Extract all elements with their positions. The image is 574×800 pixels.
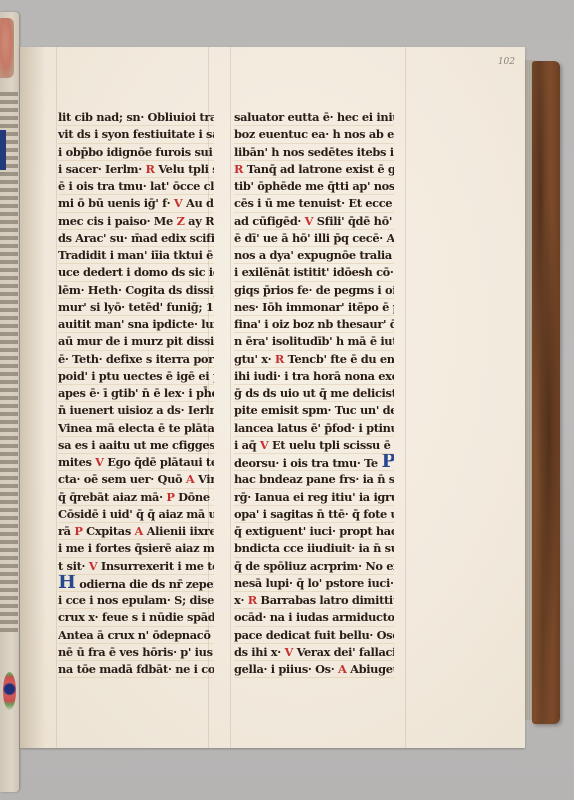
text-line: i exilēnāt istitit' idōesh cō·dlō (234, 264, 394, 281)
text-line: vit ds i syon festiuitate i sabb; (58, 126, 214, 143)
text-line: nes· Iōh immonar' itēpo ē pac (234, 299, 394, 316)
manuscript-folio: 102 lit cib nad; sn· Obliuioi tradivit d… (20, 47, 525, 748)
rubric-letter: V (95, 455, 104, 469)
text-line: uce dedert i domo ds sic idie so· (58, 264, 214, 281)
rubric-letter: A (186, 472, 195, 486)
text-line: q̄ q̄rebāt aiaz mā· P Dōne sui· y (58, 489, 214, 506)
text-line: Vinea mā electa ē te plātaui· Quō u (58, 420, 214, 437)
text-line: cēs i ū me tenuist· Et ecce flagllē duat (234, 195, 394, 212)
text-line: i obp̄bo idignōe furois sui rḡe (58, 144, 214, 161)
previous-page-text-strip (0, 92, 18, 632)
text-line: lancea latus ē' p̄fod· i ptinuo exiiu s̄… (234, 420, 394, 437)
text-line: lēm· Heth· Cogita ds dissipa (58, 282, 214, 299)
blue-initial-fragment (0, 130, 6, 170)
text-line: tib' ōphēde me q̄tti ap' nos ēā; ī tplo … (234, 178, 394, 195)
text-line: mites V Ego q̄dē plātaui te uiea mā el (58, 454, 214, 471)
rubric-letter: V (89, 559, 98, 573)
rubric-letter: A (338, 662, 347, 676)
text-line: pite emisit spm· Tuc un' de militibs (234, 402, 394, 419)
text-line: apes ē· ī gtib' n̄ ē lex· i ph̄e ē (58, 385, 214, 402)
text-line: saluator eutta ē· hec ei iniu b (234, 109, 394, 126)
text-line: i cce i nos epulam· S; diseaq̄ m (58, 592, 214, 609)
text-line: n̄ iuenert uisioz a ds· Ierlm· R (58, 402, 214, 419)
text-line: H odierna die ds nr̄ zepend (58, 575, 214, 592)
text-line: aū mur de i murz pit dissipat (58, 333, 214, 350)
text-line: ihi iudi· i tra horā nona exela' ī uoce … (234, 368, 394, 385)
text-line: t sit· V Insurrexerit i me testes iiq̄ ē (58, 558, 214, 575)
text-line: auitit man' sna ipdicte· luxiq̄ (58, 316, 214, 333)
text-line: fina' i oiz boz nb thesaur' q̄ ia (234, 316, 394, 333)
text-line: q̄ de spōliuz acrprim· No expa (234, 558, 394, 575)
rubric-letter: R (248, 593, 257, 607)
leather-binding (532, 61, 560, 724)
folio-number: 102 (498, 57, 515, 67)
text-line: nos a dya' expugnōe tralia dō· (234, 247, 394, 264)
text-line: ē i ois tra tmu· lat' ōcce clābt d· llem (58, 178, 214, 195)
text-line: R Tanq̄ ad latrone exist ē glaviys i fus (234, 161, 394, 178)
text-line: bndicta cce iiudiuit· ia n̄ su· (234, 540, 394, 557)
rubric-letter: A (135, 524, 144, 538)
text-line: libān' h nos sedētes itebs illu (234, 144, 394, 161)
rubric-letter: R (275, 352, 284, 366)
text-line: rḡ· Ianua ei reg itiu' ia igruta (234, 489, 394, 506)
gutter-shadow (20, 47, 46, 748)
text-line: ocād· na i iudas armiductor scelis· q̄ y (234, 609, 394, 626)
text-line: i me i fortes q̄sierē aiaz mā P Ds in (58, 540, 214, 557)
text-line: Tradidit i man' iīia tktui ē mnro· (58, 247, 214, 264)
ruling-line (405, 47, 406, 748)
text-line: opa' i sagitas n̄ ttē· q̄ fote uitē (234, 506, 394, 523)
text-line: n ēra' isolitudīb' h mā ē iuta (234, 333, 394, 350)
text-column-right: saluator eutta ē· hec ei iniu bboz euent… (234, 109, 394, 678)
text-line: mur' si lyō· tetēd' funiḡ; 1· s· q̄ (58, 299, 214, 316)
text-line: poid' i ptu uectes ē igē ei p̄u· (58, 368, 214, 385)
text-line: boz euentuc ea· h nos ab erroib (234, 126, 394, 143)
text-line: q̄ extiguent' iuci· propt hac (234, 523, 394, 540)
text-line: Antea ā crux n' ōdepnacō ēt· (58, 627, 214, 644)
text-line: i sacer· Ierlm· R Velu tpli scissu (58, 161, 214, 178)
text-line: crux x· feue s i nūdie spādes· (58, 609, 214, 626)
text-line: pace dedicat fuit bellu· Osculādo trād' (234, 627, 394, 644)
text-line: mec cis i paiso· Me Z ay Repul (58, 213, 214, 230)
rubric-letter: V (284, 645, 293, 659)
text-line: rā P Cxpitas A Alienii iixrexe (58, 523, 214, 540)
ruling-line (230, 47, 231, 748)
rubric-letter: P (74, 524, 82, 538)
rubric-letter: P (166, 490, 174, 504)
illumination-fragment-top (0, 18, 14, 78)
text-line: ḡ ds ds uio ut q̄ me delicisti· Iudido e… (234, 385, 394, 402)
rubric-letter: R (234, 162, 243, 176)
text-line: na tōe madā fdbāt· ne i comsioe (58, 661, 214, 678)
text-line: hac bndeaz pane frs· ia n̄ su ext (234, 471, 394, 488)
text-line: ē dī' ue ā hō' illi p̄q cecē· Ad N ec (234, 230, 394, 247)
rubric-letter: Z (177, 214, 185, 228)
text-line: Cōsidē i uid' q̄ q̄ aiaz mā ut aufe (58, 506, 214, 523)
text-line: cta· oē sem uer· Quō A Vim fanckē (58, 471, 214, 488)
text-line: deorsu· i ois tra tmu· Te P ropter (234, 454, 394, 471)
text-line: giqs p̄rios fe· de pegms i oid' a (234, 282, 394, 299)
rubric-letter: V (260, 438, 269, 452)
text-line: nē ū fra ē ves hōris· p' ius i dep (58, 644, 214, 661)
illumination-fragment-bottom (3, 672, 16, 710)
rubric-letter: V (305, 214, 314, 228)
rubric-letter: H (58, 575, 76, 592)
ruling-line (56, 47, 57, 748)
text-line: ds Arac' su· m̄ad edix scificati· si (58, 230, 214, 247)
rubric-letter: P (381, 454, 394, 471)
rubric-letter: V (174, 196, 183, 210)
text-line: mi ō bū uenis iḡ' f· V Au dico t hō (58, 195, 214, 212)
text-line: x· R Barrabas latro dimittit· i inocēs x… (234, 592, 394, 609)
previous-page-edge (0, 12, 19, 792)
text-line: i aq̄ V Et uelu tpli scissu ē a sūmo us; (234, 437, 394, 454)
text-column-left: lit cib nad; sn· Obliuioi tradivit ds i … (58, 109, 214, 678)
text-line: sa es i aaitu ut me cfigges i barrabā di (58, 437, 214, 454)
rubric-letter: R (146, 162, 155, 176)
text-line: lit cib nad; sn· Obliuioi tradi (58, 109, 214, 126)
text-line: ē· Teth· defixe s iterra porte (58, 351, 214, 368)
text-line: ad cūfigēd· V Sfili' q̄dē hō' nad' sic s… (234, 213, 394, 230)
text-line: nesā lupi· q̄ lo' pstore iuci· (234, 575, 394, 592)
text-line: ds ihi x· V Verax dei' fallacib' pin fla (234, 644, 394, 661)
text-line: gella· i piius· Os· A Abiugeub' i inel (234, 661, 394, 678)
text-line: gtu' x· R Tencb' fte ē du enhuiselēr (234, 351, 394, 368)
